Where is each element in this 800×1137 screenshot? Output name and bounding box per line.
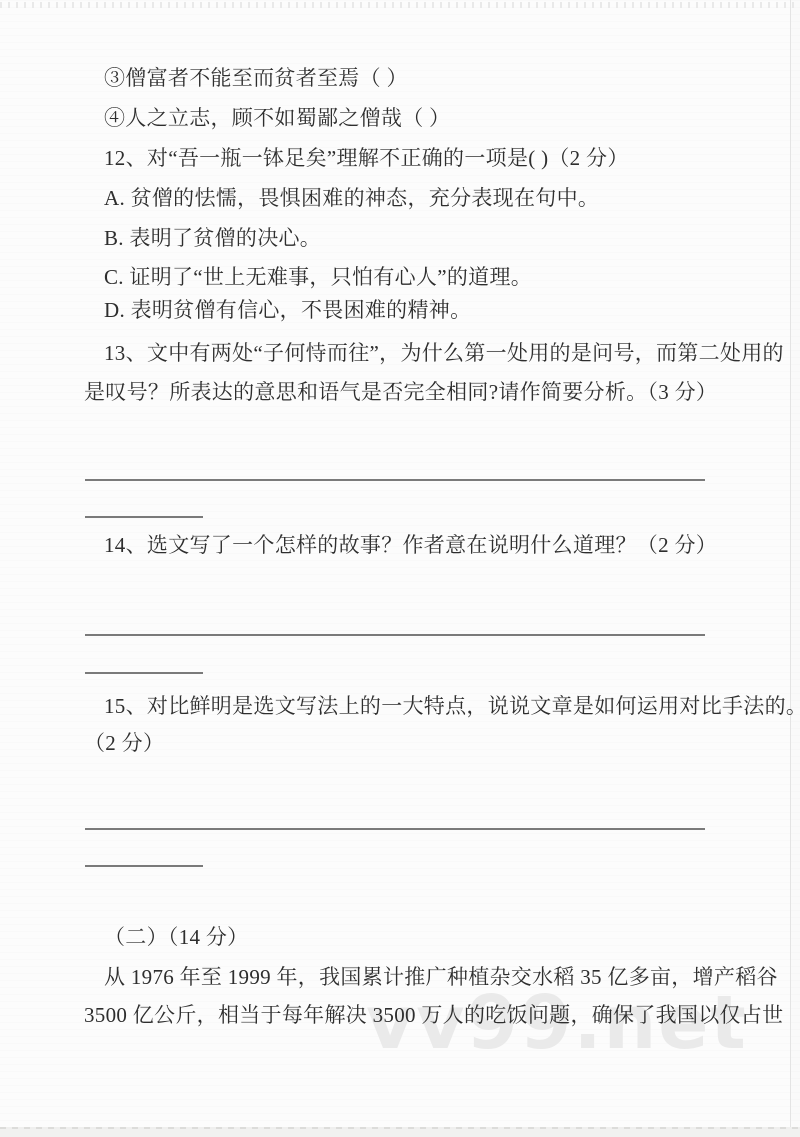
question-12-option-c: C. 证明了“世上无难事，只怕有心人”的道理。 [104, 263, 532, 291]
question-13-line2: 是叹号？所表达的意思和语气是否完全相同?请作简要分析。（3 分） [84, 378, 717, 406]
page-right-margin [791, 0, 800, 1137]
question-12-option-b: B. 表明了贫僧的决心。 [104, 224, 321, 252]
page-right-edge [790, 0, 791, 1137]
blank-item-3: ③僧富者不能至而贫者至焉（ ） [104, 64, 408, 92]
answer-blank-line [85, 828, 705, 830]
question-12-option-d: D. 表明贫僧有信心，不畏困难的精神。 [104, 296, 471, 324]
question-12-stem: 12、对“吾一瓶一钵足矣”理解不正确的一项是( )（2 分） [104, 144, 629, 172]
section-2-header: （二）（14 分） [104, 923, 248, 951]
question-13-line1: 13、文中有两处“子何恃而往”，为什么第一处用的是问号，而第二处用的 [104, 339, 784, 367]
question-12-option-a: A. 贫僧的怯懦，畏惧困难的神态，充分表现在句中。 [104, 184, 599, 212]
section-2-paragraph-line1: 从 1976 年至 1999 年，我国累计推广种植杂交水稻 35 亿多亩，增产稻… [104, 963, 778, 991]
question-14-stem: 14、选文写了一个怎样的故事？作者意在说明什么道理？（2 分） [104, 531, 717, 559]
question-15-line2: （2 分） [84, 729, 164, 757]
question-15-line1: 15、对比鲜明是选文写法上的一大特点，说说文章是如何运用对比手法的。 [104, 692, 800, 720]
section-2-paragraph-line2: 3500 亿公斤，相当于每年解决 3500 万人的吃饭问题，确保了我国以仅占世 [84, 1001, 783, 1029]
exam-page: vv99.net ③僧富者不能至而贫者至焉（ ） ④人之立志，顾不如蜀鄙之僧哉（… [0, 0, 800, 1137]
answer-blank-line [85, 672, 203, 674]
page-bottom-strip [0, 1129, 800, 1137]
page-top-edge [0, 2, 800, 8]
answer-blank-line [85, 479, 705, 481]
answer-blank-line [85, 634, 705, 636]
blank-item-4: ④人之立志，顾不如蜀鄙之僧哉（ ） [104, 104, 450, 132]
answer-blank-line [85, 516, 203, 518]
answer-blank-line [85, 865, 203, 867]
